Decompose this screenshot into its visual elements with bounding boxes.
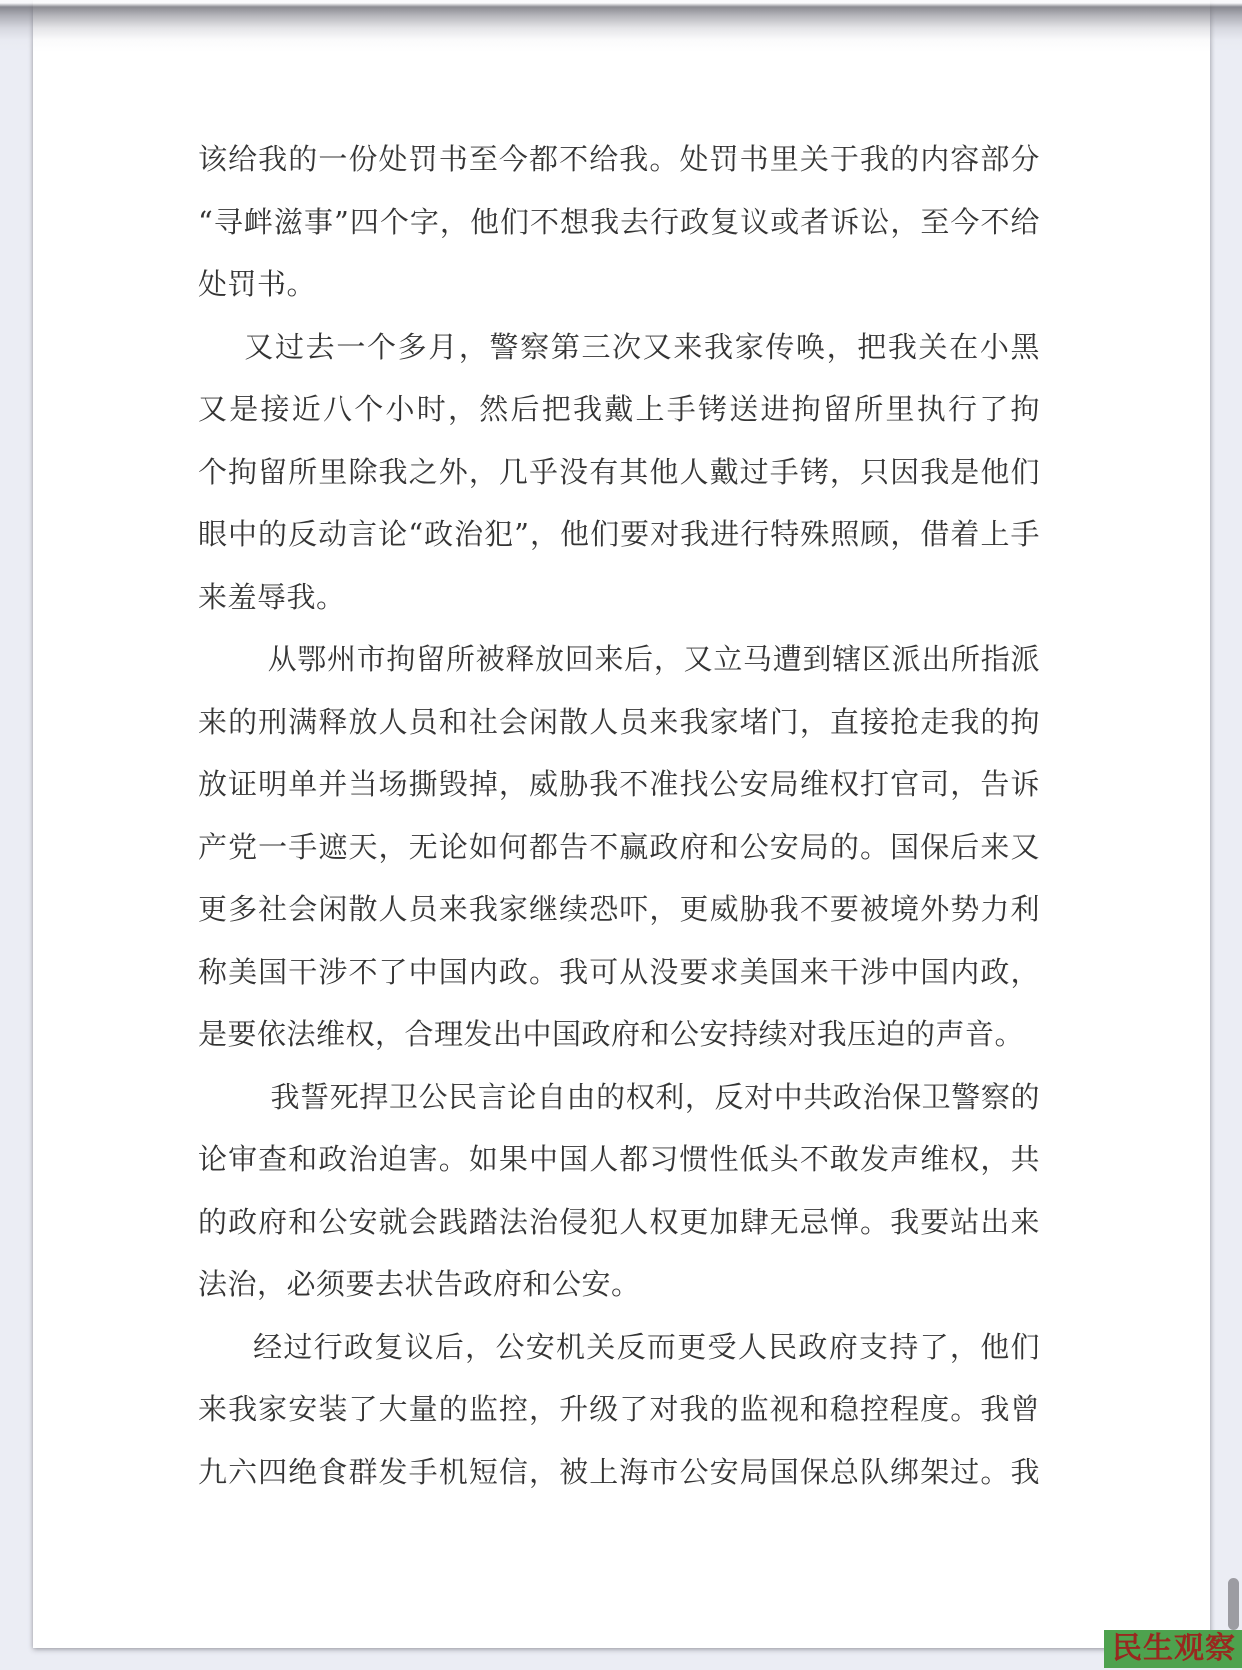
scrollbar-thumb[interactable] bbox=[1228, 1578, 1239, 1630]
text-line: “寻衅滋事”四个字，他们不想我去行政复议或者诉讼，至今不给我 bbox=[198, 191, 1040, 254]
text-line: 是要依法维权，合理发出中国政府和公安持续对我压迫的声音。 bbox=[198, 1003, 1040, 1066]
document-text: 该给我的一份处罚书至今都不给我。处罚书里关于我的内容部分仅有“寻衅滋事”四个字，… bbox=[198, 128, 1040, 1503]
text-line: 来我家安装了大量的监控，升级了对我的监视和稳控程度。我曾为八 bbox=[198, 1378, 1040, 1441]
text-line: 法治，必须要去状告政府和公安。 bbox=[198, 1253, 1040, 1316]
text-line: 我誓死捍卫公民言论自由的权利，反对中共政治保卫警察的言 bbox=[198, 1066, 1040, 1129]
text-line: 经过行政复议后，公安机关反而更受人民政府支持了，他们直接 bbox=[198, 1316, 1040, 1379]
text-line: 眼中的反动言论“政治犯”，他们要对我进行特殊照顾，借着上手铐 bbox=[198, 503, 1040, 566]
text-line: 该给我的一份处罚书至今都不给我。处罚书里关于我的内容部分仅有 bbox=[198, 128, 1040, 191]
text-line: 产党一手遮天，无论如何都告不赢政府和公安局的。国保后来又派来 bbox=[198, 816, 1040, 879]
text-line: 放证明单并当场撕毁掉，威胁我不准找公安局维权打官司，告诉我共 bbox=[198, 753, 1040, 816]
text-line: 个拘留所里除我之外，几乎没有其他人戴过手铐，只因我是他们警察 bbox=[198, 441, 1040, 504]
watermark-badge: 民生观察 bbox=[1104, 1630, 1242, 1668]
document-viewer: 该给我的一份处罚书至今都不给我。处罚书里关于我的内容部分仅有“寻衅滋事”四个字，… bbox=[0, 0, 1242, 1670]
text-line: 又是接近八个小时，然后把我戴上手铐送进拘留所里执行了拘留。整 bbox=[198, 378, 1040, 441]
text-line: 更多社会闲散人员来我家继续恐吓，更威胁我不要被境外势力利用， bbox=[198, 878, 1040, 941]
text-line: 称美国干涉不了中国内政。我可从没要求美国来干涉中国内政，我只 bbox=[198, 941, 1040, 1004]
text-line: 九六四绝食群发手机短信，被上海市公安局国保总队绑架过。我也给 bbox=[198, 1441, 1040, 1504]
text-line: 从鄂州市拘留所被释放回来后，又立马遭到辖区派出所指派而 bbox=[198, 628, 1040, 691]
text-line: 又过去一个多月，警察第三次又来我家传唤，把我关在小黑屋里 bbox=[198, 316, 1040, 379]
text-line: 来的刑满释放人员和社会闲散人员来我家堵门，直接抢走我的拘留释 bbox=[198, 691, 1040, 754]
document-page: 该给我的一份处罚书至今都不给我。处罚书里关于我的内容部分仅有“寻衅滋事”四个字，… bbox=[33, 0, 1210, 1648]
text-line: 来羞辱我。 bbox=[198, 566, 1040, 629]
text-line: 的政府和公安就会践踏法治侵犯人权更加肆无忌惮。我要站出来维护 bbox=[198, 1191, 1040, 1254]
text-line: 处罚书。 bbox=[198, 253, 1040, 316]
watermark-label: 民生观察 bbox=[1112, 1631, 1236, 1666]
text-line: 论审查和政治迫害。如果中国人都习惯性低头不敢发声维权，共产党 bbox=[198, 1128, 1040, 1191]
